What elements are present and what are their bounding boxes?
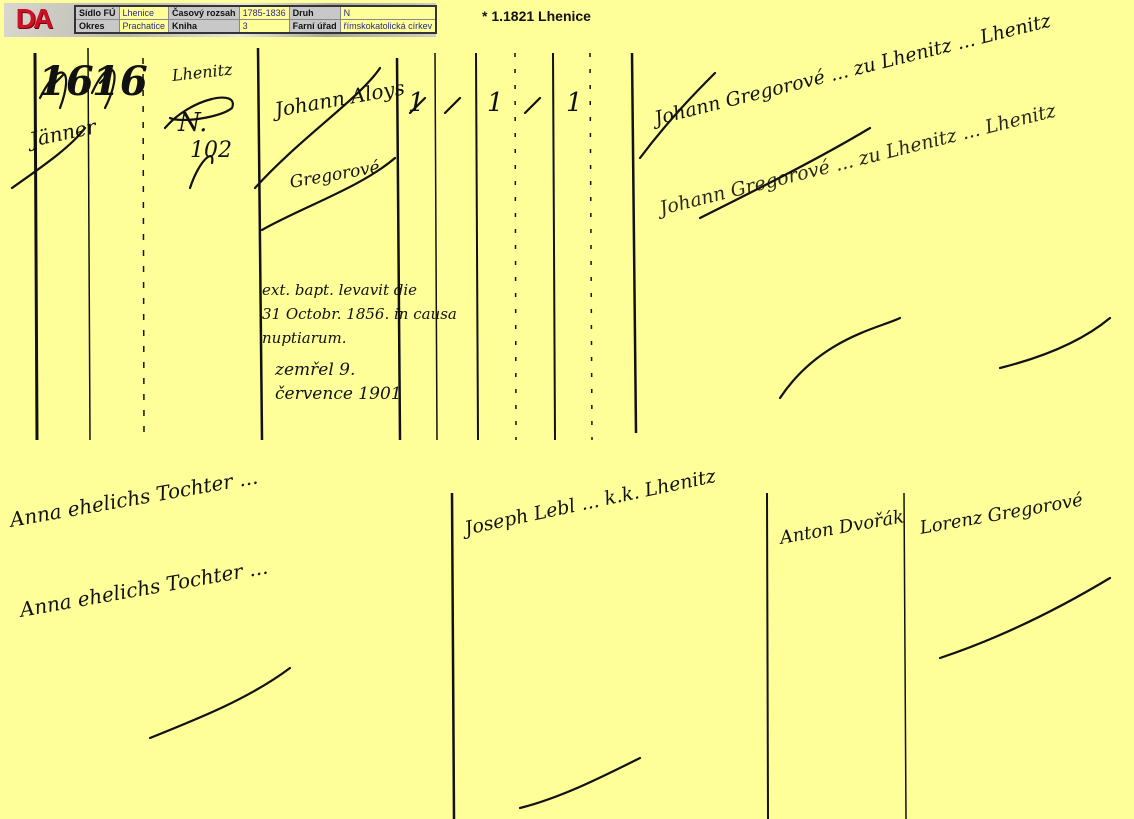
- register-scan-image[interactable]: 16 16 Jänner Lhenitz N. 102 Johann Aloys…: [0, 38, 1134, 819]
- page-title: * 1.1821 Lhenice: [482, 8, 591, 24]
- label-casovy-rozsah: Časový rozsah: [169, 6, 240, 20]
- annotation-line: července 1901: [275, 382, 402, 406]
- value-farni-urad: římskokatolická církev: [340, 20, 436, 34]
- value-druh: N: [340, 6, 436, 20]
- label-sidlo: Sídlo FÚ: [75, 6, 119, 20]
- record-info-table: Sídlo FÚ Lhenice Časový rozsah 1785-1836…: [74, 5, 437, 34]
- annotation-death: zemřel 9. července 1901: [275, 358, 402, 406]
- label-kniha: Kniha: [169, 20, 240, 34]
- entry-house-label: N.: [178, 108, 207, 138]
- value-casovy-rozsah: 1785-1836: [239, 6, 289, 20]
- archive-logo[interactable]: DA: [8, 4, 58, 34]
- entry-day: 16: [38, 58, 94, 105]
- value-sidlo: Lhenice: [119, 6, 169, 20]
- label-druh: Druh: [289, 6, 340, 20]
- value-kniha: 3: [239, 20, 289, 34]
- label-okres: Okres: [75, 20, 119, 34]
- entry-mark-3: 1: [566, 88, 583, 118]
- annotation-latin: ext. bapt. levavit die 31 Octobr. 1856. …: [262, 278, 457, 350]
- label-farni-urad: Farní úřad: [289, 20, 340, 34]
- entry-day-baptism: 16: [92, 58, 148, 105]
- annotation-line: nuptiarum.: [262, 326, 457, 350]
- annotation-line: 31 Octobr. 1856. in causa: [262, 302, 457, 326]
- entry-mark-1: 1: [408, 88, 425, 118]
- entry-mark-2: 1: [487, 88, 504, 118]
- entry-house-number: 102: [190, 138, 232, 163]
- value-okres: Prachatice: [119, 20, 169, 34]
- annotation-line: ext. bapt. levavit die: [262, 278, 457, 302]
- annotation-line: zemřel 9.: [275, 358, 402, 382]
- ruling-lines: [0, 38, 1134, 819]
